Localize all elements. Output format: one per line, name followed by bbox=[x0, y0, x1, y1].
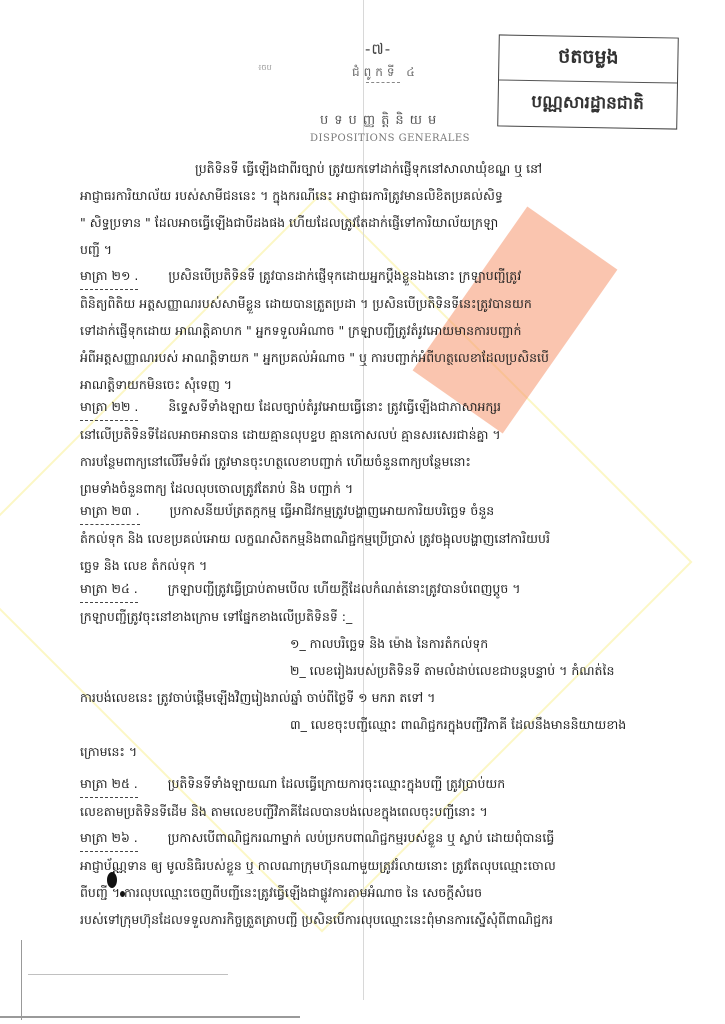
scan-bottom-edge bbox=[0, 1016, 300, 1018]
article-label: មាត្រា ២២ . bbox=[80, 393, 138, 421]
chapter-underline bbox=[366, 82, 400, 83]
intro-paragraph: ប្រតិទិនទី ធ្វើឡើងជាពីរច្បាប់ ត្រូវយកទៅដ… bbox=[80, 155, 700, 263]
article-label: មាត្រា ២៥ . bbox=[80, 770, 138, 798]
text-line: ប្រតិទិនទីទាំងឡាយណា ដែលធ្វើក្រោយការចុះឈ្… bbox=[168, 776, 505, 791]
text-line: ប្រកាសបើពាណិជ្ជករណាម្នាក់ លប់ប្រកបពាណិជ្… bbox=[168, 830, 555, 845]
archive-stamp: ថតចម្លង បណ្ណសារដ្ឋានជាតិ bbox=[497, 34, 679, 129]
article-label: មាត្រា ២១ . bbox=[80, 262, 138, 290]
list-item: ៣_ លេខចុះបញ្ជីឈ្មោះ ពាណិជ្ជករក្នុងបញ្ជីវ… bbox=[80, 711, 700, 738]
pre-chapter-mark: ៖ចប bbox=[258, 62, 272, 74]
text-line: លេខតាមប្រតិទិនទីដើម និង តាមលេខបញ្ជីវិភាគ… bbox=[80, 798, 700, 825]
ink-blot bbox=[107, 872, 117, 888]
text-line: ពីបញ្ជី ។ ការលុបឈ្មោះចេញពីបញ្ជីនេះត្រូវធ… bbox=[80, 879, 700, 906]
text-line: បញ្ជី ។ bbox=[80, 236, 700, 263]
chapter-title: ជំពូកទី ៤ bbox=[352, 64, 419, 82]
text-line: នៅលើប្រតិទិនទីដែលអាចអានបាន ដោយគ្មានលុបខ្… bbox=[80, 421, 700, 448]
text-line: ពិនិត្យពិតិយ អត្តសញ្ញាណរបស់សាមីខ្លួន ដោយ… bbox=[80, 290, 700, 317]
list-item-continuation: ការបង់លេខនេះ ត្រូវចាប់ផ្តើមឡើងវិញរៀងរាល់… bbox=[80, 684, 700, 711]
text-line: របស់ទៅក្រុមហ៊ុនដែលទទួលភារកិច្ចត្រួតត្រាប… bbox=[80, 906, 700, 933]
text-line: ក្រឡាបញ្ជីត្រូវចុះនៅខាងក្រោម ទៅផ្នែកខាងល… bbox=[80, 603, 700, 630]
text-line: ប្រសិនបើប្រតិទិនទី ត្រូវបានដាក់ផ្ញើទុកដោ… bbox=[168, 268, 521, 283]
stamp-top-text: ថតចម្លង bbox=[499, 35, 678, 83]
text-line: អាជ្ញាប័ណ្ណទាន ឲ្យ មូលនិធិរបស់ខ្លួន ឬ កា… bbox=[80, 852, 700, 879]
list-item: ២_ លេខរៀងរបស់ប្រតិទិនទី តាមលំដាប់លេខជាបន… bbox=[80, 657, 700, 684]
article-25: មាត្រា ២៥ .ប្រតិទិនទីទាំងឡាយណា ដែលធ្វើក្… bbox=[80, 770, 700, 825]
text-line: តំកល់ទុក និង លេខប្រគល់អោយ លក្ខណសិតកម្មនិ… bbox=[80, 525, 700, 552]
article-23: មាត្រា ២៣ .ប្រកាសនីយប័ត្រតក្កកម្ម ធ្វើអា… bbox=[80, 497, 700, 579]
text-line: ទៅដាក់ផ្ញើទុកដោយ អាណត្តិគាហក " អ្នកទទួលអ… bbox=[80, 317, 700, 344]
article-label: មាត្រា ២៤ . bbox=[80, 575, 138, 603]
scan-edge-line bbox=[21, 940, 22, 1020]
stamp-bottom-text: បណ្ណសារដ្ឋានជាតិ bbox=[498, 80, 677, 127]
article-22: មាត្រា ២២ .និទ្ទេសទីទាំងឡាយ ដែលច្បាប់តំរ… bbox=[80, 393, 700, 502]
text-line: ការបន្ថែមពាក្យនៅលើរឹមទំព័រ ត្រូវមានចុះហត… bbox=[80, 448, 700, 475]
text-line: អាជ្ញាធរការិយាល័យ របស់សាមីជននេះ ។ ក្នុងក… bbox=[80, 182, 700, 209]
article-label: មាត្រា ២៦ . bbox=[80, 824, 138, 852]
text-line: " សិទ្ធប្រទាន " ដែលអាចធ្វើឡើងជាបីដងផង ហើ… bbox=[80, 209, 700, 236]
text-line: អំពីអត្តសញ្ញាណរបស់ អាណត្តិទាយក " អ្នកប្រ… bbox=[80, 344, 700, 371]
scan-bottom-edge-inner bbox=[28, 974, 228, 975]
list-item-continuation: ក្រោមនេះ ។ bbox=[80, 738, 700, 765]
page-number: -៧- bbox=[365, 40, 391, 62]
section-title-french: DISPOSITIONS GENERALES bbox=[310, 133, 470, 144]
scanned-document-page: -៧- ៖ចប ជំពូកទី ៤ បទបញ្ញត្តិនិយម DISPOSI… bbox=[0, 0, 725, 1024]
text-line: ប្រតិទិនទី ធ្វើឡើងជាពីរច្បាប់ ត្រូវយកទៅដ… bbox=[80, 155, 700, 182]
text-line: និទ្ទេសទីទាំងឡាយ ដែលច្បាប់តំរូវអោយធ្វើនោ… bbox=[168, 399, 501, 414]
text-line: ក្រឡាបញ្ជីត្រូវធ្វើប្រាប់តាមបើល ហើយក្តីដ… bbox=[168, 581, 521, 596]
article-21: មាត្រា ២១ .ប្រសិនបើប្រតិទិនទី ត្រូវបានដា… bbox=[80, 262, 700, 398]
article-label: មាត្រា ២៣ . bbox=[80, 497, 140, 525]
section-title-khmer: បទបញ្ញត្តិនិយម bbox=[320, 112, 442, 131]
article-26: មាត្រា ២៦ .ប្រកាសបើពាណិជ្ជករណាម្នាក់ លប់… bbox=[80, 824, 700, 933]
list-item: ១_ កាលបរិច្ឆេទ និង ម៉ោង នៃការតំកល់ទុក bbox=[80, 630, 700, 657]
text-line: ប្រកាសនីយប័ត្រតក្កកម្ម ធ្វើអាជីវកម្មត្រូ… bbox=[170, 503, 495, 518]
article-24: មាត្រា ២៤ .ក្រឡាបញ្ជីត្រូវធ្វើប្រាប់តាមប… bbox=[80, 575, 700, 765]
ink-blot bbox=[120, 891, 125, 897]
